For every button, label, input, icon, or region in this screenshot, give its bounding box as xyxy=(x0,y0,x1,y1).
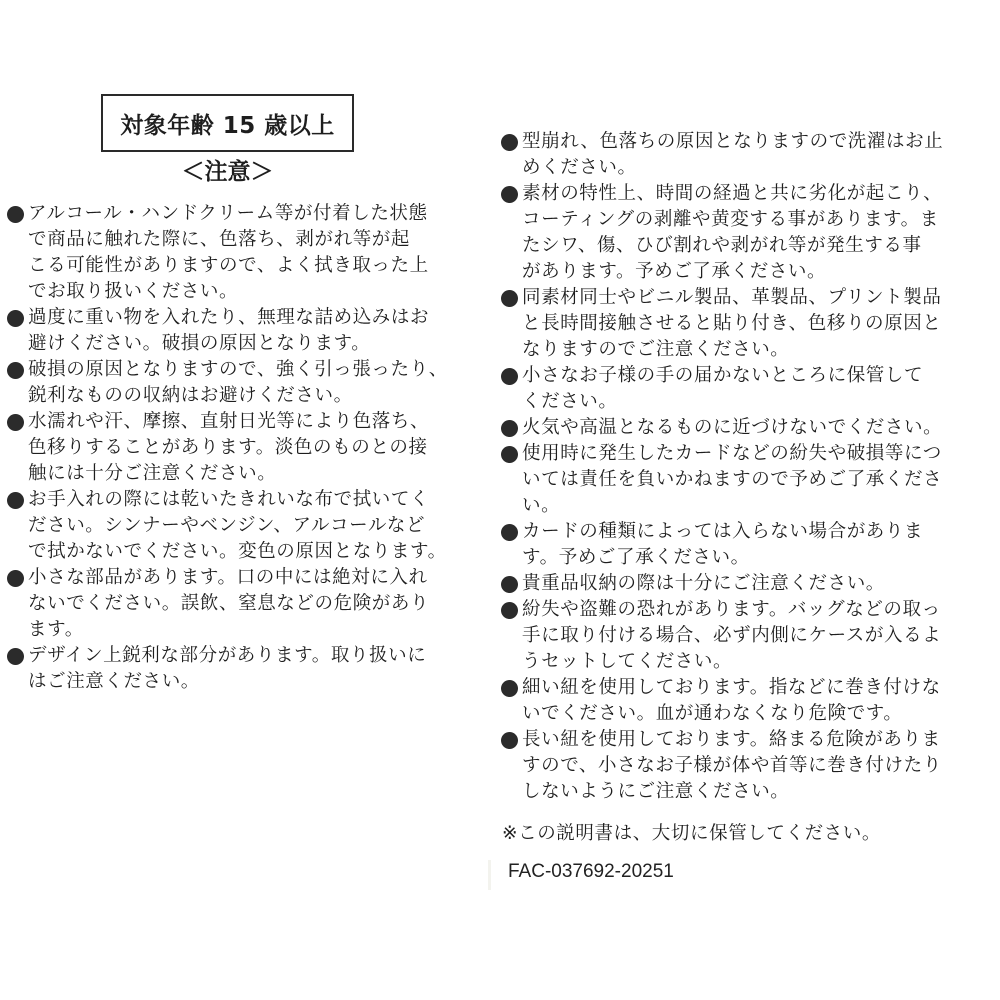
caution-item: 小さな部品があります。口の中には絶対に入れ ないでください。誤飲、窒息などの危険… xyxy=(6,565,476,643)
caution-item: アルコール・ハンドクリーム等が付着した状態 で商品に触れた際に、色落ち、剥がれ等… xyxy=(6,201,476,305)
age-rating-box: 対象年齢 15 歳以上 xyxy=(101,94,354,152)
caution-item: 紛失や盗難の恐れがあります。バッグなどの取っ 手に取り付ける場合、必ず内側にケー… xyxy=(500,597,985,675)
caution-text: 長い紐を使用しております。絡まる危険がありま すので、小さなお子様が体や首等に巻… xyxy=(522,729,942,802)
caution-item: カードの種類によっては入らない場合がありま す。予めご了承ください。 xyxy=(500,519,985,571)
bullet-icon xyxy=(501,290,518,307)
caution-item: 破損の原因となりますので、強く引っ張ったり、 鋭利なものの収納はお避けください。 xyxy=(6,357,476,409)
bullet-icon xyxy=(501,524,518,541)
caution-text: 素材の特性上、時間の経過と共に劣化が起こり、 コーティングの剥離や黄変する事があ… xyxy=(522,183,942,282)
caution-text: 貴重品収納の際は十分にご注意ください。 xyxy=(522,573,885,594)
caution-text: 型崩れ、色落ちの原因となりますので洗濯はお止 めください。 xyxy=(522,131,943,178)
caution-list-left: アルコール・ハンドクリーム等が付着した状態 で商品に触れた際に、色落ち、剥がれ等… xyxy=(6,201,476,695)
caution-text: 小さなお子様の手の届かないところに保管して ください。 xyxy=(522,365,923,412)
bullet-icon xyxy=(501,576,518,593)
caution-text: 水濡れや汗、摩擦、直射日光等により色落ち、 色移りすることがあります。淡色のもの… xyxy=(28,411,429,484)
bullet-icon xyxy=(7,570,24,587)
caution-item: 使用時に発生したカードなどの紛失や破損等につ いては責任を負いかねますので予めご… xyxy=(500,441,985,519)
caution-item: 同素材同士やビニル製品、革製品、プリント製品 と長時間接触させると貼り付き、色移… xyxy=(500,285,985,363)
bullet-icon xyxy=(501,420,518,437)
caution-item: デザイン上鋭利な部分があります。取り扱いに はご注意ください。 xyxy=(6,643,476,695)
caution-text: お手入れの際には乾いたきれいな布で拭いてく ださい。シンナーやベンジン、アルコー… xyxy=(28,489,447,562)
notice-heading: ＜注意＞ xyxy=(0,155,455,189)
caution-text: 細い紐を使用しております。指などに巻き付けな いでください。血が通わなくなり危険… xyxy=(522,677,941,724)
caution-item: 細い紐を使用しております。指などに巻き付けな いでください。血が通わなくなり危険… xyxy=(500,675,985,727)
scan-mark xyxy=(488,860,491,890)
bullet-icon xyxy=(7,206,24,223)
caution-item: 貴重品収納の際は十分にご注意ください。 xyxy=(500,571,985,597)
footnote: ※この説明書は、大切に保管してください。 xyxy=(502,821,881,847)
caution-item: 長い紐を使用しております。絡まる危険がありま すので、小さなお子様が体や首等に巻… xyxy=(500,727,985,805)
bullet-icon xyxy=(501,446,518,463)
bullet-icon xyxy=(501,602,518,619)
bullet-icon xyxy=(501,680,518,697)
caution-text: 同素材同士やビニル製品、革製品、プリント製品 と長時間接触させると貼り付き、色移… xyxy=(522,287,941,360)
bullet-icon xyxy=(7,310,24,327)
caution-text: カードの種類によっては入らない場合がありま す。予めご了承ください。 xyxy=(522,521,923,568)
bullet-icon xyxy=(501,134,518,151)
bullet-icon xyxy=(501,368,518,385)
bullet-icon xyxy=(501,186,518,203)
bullet-icon xyxy=(7,414,24,431)
caution-item: 素材の特性上、時間の経過と共に劣化が起こり、 コーティングの剥離や黄変する事があ… xyxy=(500,181,985,285)
caution-item: 水濡れや汗、摩擦、直射日光等により色落ち、 色移りすることがあります。淡色のもの… xyxy=(6,409,476,487)
bullet-icon xyxy=(501,732,518,749)
caution-text: デザイン上鋭利な部分があります。取り扱いに はご注意ください。 xyxy=(28,645,426,692)
caution-item: 小さなお子様の手の届かないところに保管して ください。 xyxy=(500,363,985,415)
caution-text: アルコール・ハンドクリーム等が付着した状態 で商品に触れた際に、色落ち、剥がれ等… xyxy=(28,203,429,302)
age-rating-label: 対象年齢 15 歳以上 xyxy=(120,107,335,140)
caution-text: 使用時に発生したカードなどの紛失や破損等につ いては責任を負いかねますので予めご… xyxy=(522,443,942,516)
caution-item: お手入れの際には乾いたきれいな布で拭いてく ださい。シンナーやベンジン、アルコー… xyxy=(6,487,476,565)
caution-item: 火気や高温となるものに近づけないでください。 xyxy=(500,415,985,441)
bullet-icon xyxy=(7,648,24,665)
bullet-icon xyxy=(7,492,24,509)
caution-item: 型崩れ、色落ちの原因となりますので洗濯はお止 めください。 xyxy=(500,129,985,181)
product-code: FAC-037692-20251 xyxy=(508,859,674,885)
caution-text: 紛失や盗難の恐れがあります。バッグなどの取っ 手に取り付ける場合、必ず内側にケー… xyxy=(522,599,941,672)
caution-text: 過度に重い物を入れたり、無理な詰め込みはお 避けください。破損の原因となります。 xyxy=(28,307,429,354)
caution-text: 破損の原因となりますので、強く引っ張ったり、 鋭利なものの収納はお避けください。 xyxy=(28,359,448,406)
caution-list-right: 型崩れ、色落ちの原因となりますので洗濯はお止 めください。 素材の特性上、時間の… xyxy=(500,129,985,805)
caution-text: 火気や高温となるものに近づけないでください。 xyxy=(522,417,942,438)
caution-text: 小さな部品があります。口の中には絶対に入れ ないでください。誤飲、窒息などの危険… xyxy=(28,567,429,640)
bullet-icon xyxy=(7,362,24,379)
caution-item: 過度に重い物を入れたり、無理な詰め込みはお 避けください。破損の原因となります。 xyxy=(6,305,476,357)
